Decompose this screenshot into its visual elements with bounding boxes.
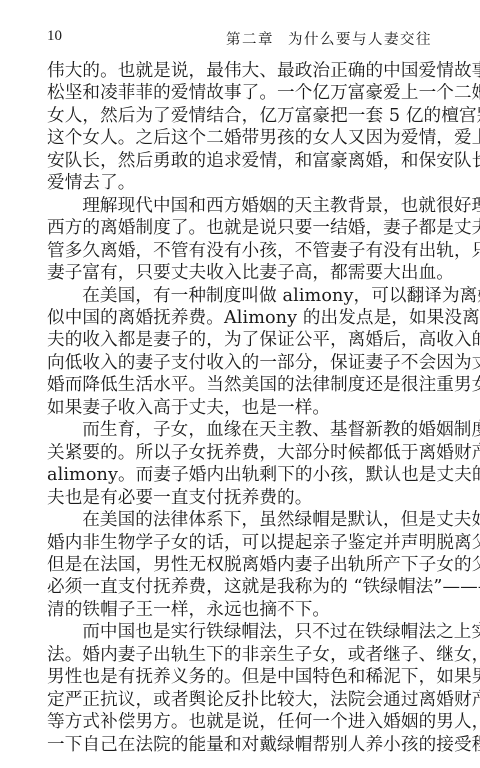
running-header: 10 第二章为什么要与人妻交往 — [47, 28, 432, 50]
paragraph-4: 而生育，子女，血缘在天主教、基督新教的婚姻制度里面是无 关紧要的。所以子女抚养费… — [47, 419, 434, 509]
text-line: 一下自己在法院的能量和对戴绿帽帮别人养小孩的接受程度，因为 — [47, 734, 434, 756]
text-line: 松坚和凌菲菲的爱情故事了。一个亿万富豪爱上一个二婚带男孩的 — [47, 82, 434, 104]
text-line: 伟大的。也就是说，最伟大、最政治正确的中国爱情故事，就是李 — [47, 60, 434, 82]
text-line: 女人，然后为了爱情结合，亿万富豪把一套 5 亿的檀宫别墅送给了 — [47, 105, 434, 127]
text-line: 如果妻子收入高于丈夫，也是一样。 — [47, 397, 434, 419]
text-line: 似中国的离婚抚养费。Alimony 的出发点是，如果没离婚，那么丈 — [47, 307, 434, 329]
text-line: 法。婚内妻子出轨生下的非亲生子女，或者继子、继女，在离婚后， — [47, 644, 434, 666]
paragraph-1: 伟大的。也就是说，最伟大、最政治正确的中国爱情故事，就是李 松坚和凌菲菲的爱情故… — [47, 60, 434, 195]
text-line: 管多久离婚，不管有没有小孩，不管妻子有没有出轨，只要丈夫比 — [47, 240, 434, 262]
text-line: 关紧要的。所以子女抚养费，大部分时候都低于离婚财产分割甚至 — [47, 442, 434, 464]
text-line: 而生育，子女，血缘在天主教、基督新教的婚姻制度里面是无 — [47, 419, 434, 441]
text-line: 爱情去了。 — [47, 172, 434, 194]
text-line: 西方的离婚制度了。也就是说只要一结婚，妻子都是丈夫的神。不 — [47, 217, 434, 239]
text-line: 但是在法国，男性无权脱离婚内妻子出轨所产下子女的父子关系， — [47, 554, 434, 576]
text-line: 向低收入的妻子支付收入的一部分，保证妻子不会因为丈夫主动离 — [47, 352, 434, 374]
text-line: 等方式补偿男方。也就是说，任何一个进入婚姻的男人，最好掂量 — [47, 711, 434, 733]
text-line: 这个女人。之后这个二婚带男孩的女人又因为爱情，爱上了一个保 — [47, 127, 434, 149]
text-line: 必须一直支付抚养费，这就是我称为的 “铁绿帽法”————像满 — [47, 576, 434, 598]
text-line: 婚而降低生活水平。当然美国的法律制度还是很注重男女平等的， — [47, 374, 434, 396]
paragraph-5: 在美国的法律体系下，虽然绿帽是默认，但是丈夫如果不想认 婚内非生物学子女的话，可… — [47, 509, 434, 621]
text-line: 安队长，然后勇敢的追求爱情，和富豪离婚，和保安队长私奔追求 — [47, 150, 434, 172]
text-line: 夫的收入都是妻子的，为了保证公平，离婚后，高收入的丈夫必须 — [47, 329, 434, 351]
text-line: 在美国，有一种制度叫做 alimony，可以翻译为离婚赡养费。类 — [47, 285, 434, 307]
chapter-label: 第二章 — [226, 32, 274, 48]
paragraph-6: 而中国也是实行铁绿帽法，只不过在铁绿帽法之上实行和稀泥 法。婚内妻子出轨生下的非… — [47, 621, 434, 756]
text-line: 定严正抗议，或者舆论反扑比较大，法院会通过离婚财产分割偏向 — [47, 689, 434, 711]
page-body: 伟大的。也就是说，最伟大、最政治正确的中国爱情故事，就是李 松坚和凌菲菲的爱情故… — [47, 60, 434, 756]
text-line: 妻子富有，只要丈夫收入比妻子高，都需要大出血。 — [47, 262, 434, 284]
running-title: 第二章为什么要与人妻交往 — [226, 28, 432, 49]
text-line: 清的铁帽子王一样，永远也摘不下。 — [47, 599, 434, 621]
page-number: 10 — [47, 28, 62, 45]
chapter-title: 为什么要与人妻交往 — [288, 32, 432, 48]
paragraph-3: 在美国，有一种制度叫做 alimony，可以翻译为离婚赡养费。类 似中国的离婚抚… — [47, 285, 434, 420]
text-line: 在美国的法律体系下，虽然绿帽是默认，但是丈夫如果不想认 — [47, 509, 434, 531]
text-line: 夫也是有必要一直支付抚养费的。 — [47, 487, 434, 509]
paragraph-2: 理解现代中国和西方婚姻的天主教背景，也就很好理解中国和 西方的离婚制度了。也就是… — [47, 195, 434, 285]
text-line: 而中国也是实行铁绿帽法，只不过在铁绿帽法之上实行和稀泥 — [47, 621, 434, 643]
text-line: 婚内非生物学子女的话，可以提起亲子鉴定并声明脱离父子关系。 — [47, 532, 434, 554]
text-line: 男性也是有抚养义务的。但是中国特色和稀泥下，如果男方非常坚 — [47, 666, 434, 688]
text-line: 理解现代中国和西方婚姻的天主教背景，也就很好理解中国和 — [47, 195, 434, 217]
text-line: alimony。而妻子婚内出轨剩下的小孩，默认也是丈夫的儿子，丈 — [47, 464, 434, 486]
